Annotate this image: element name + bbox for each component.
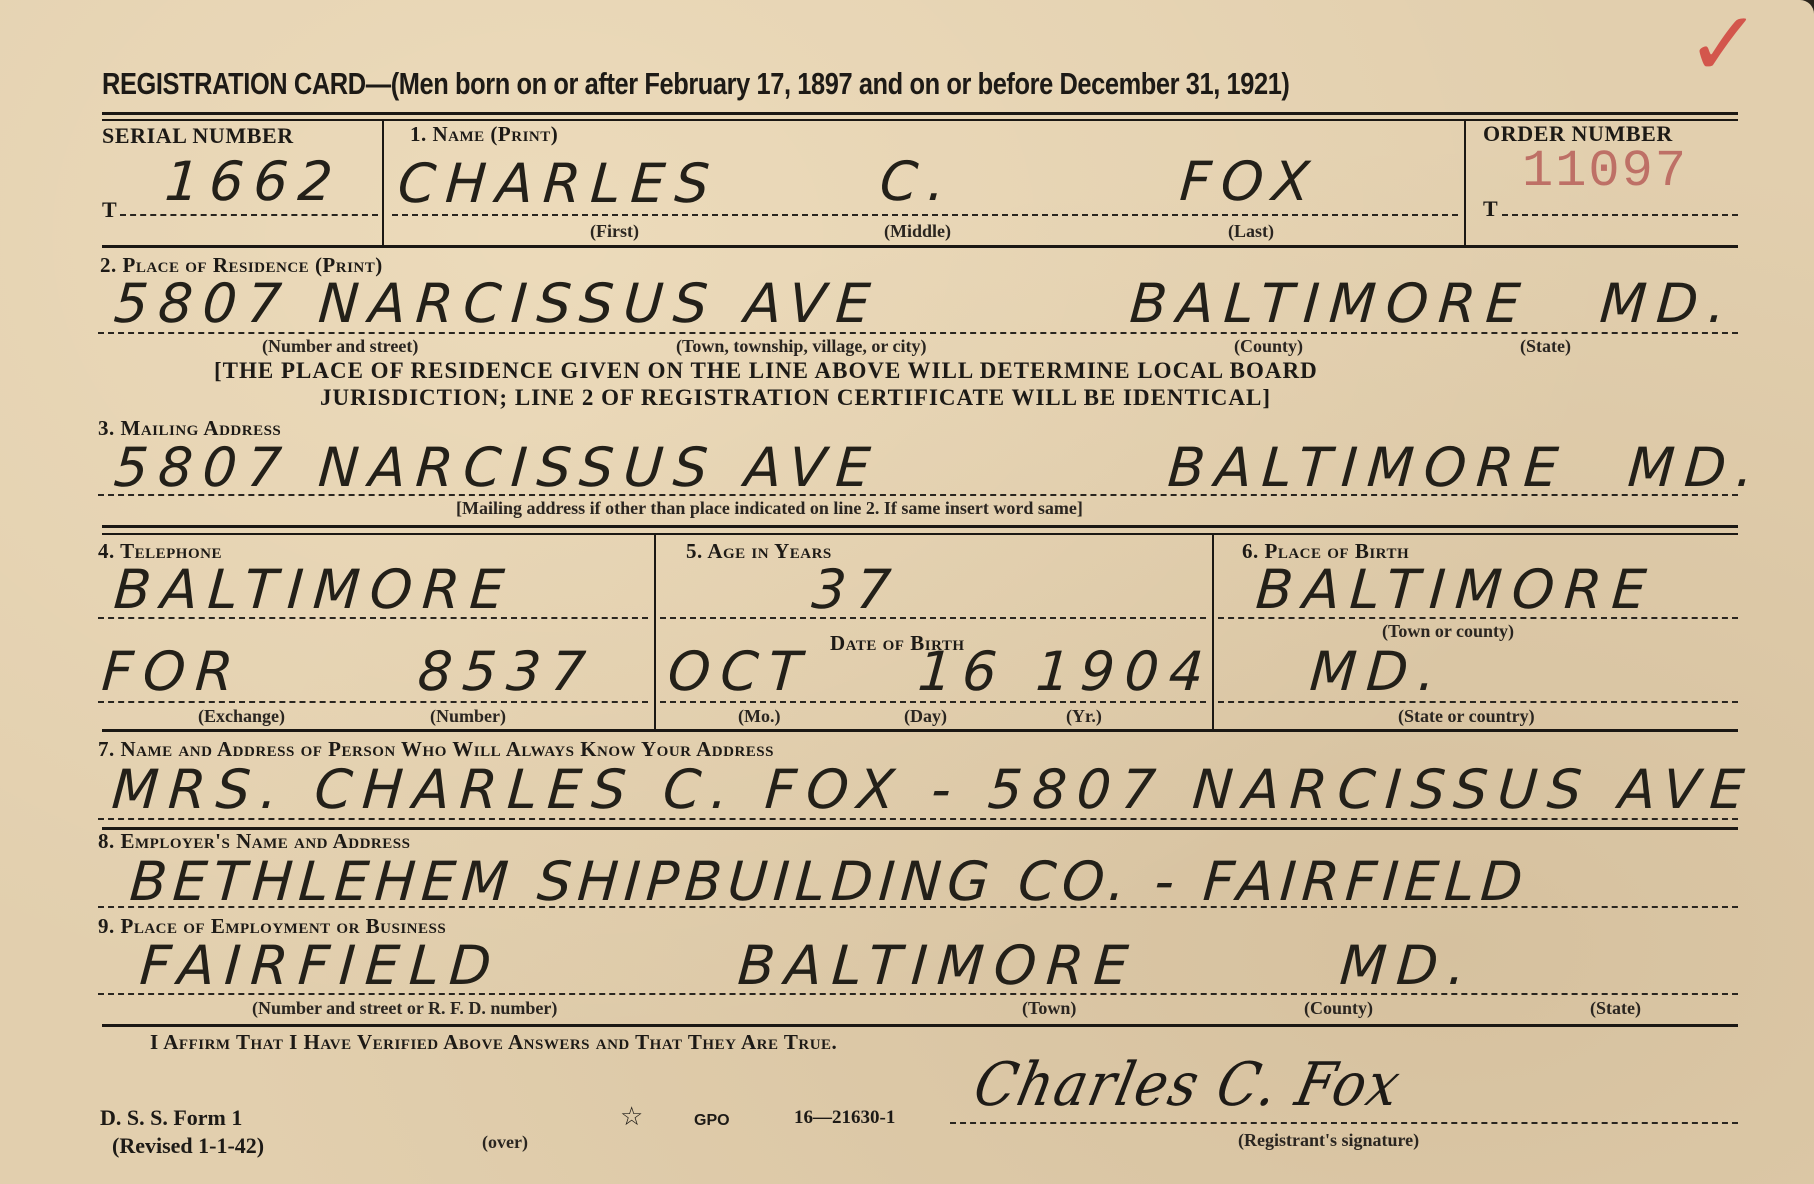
signature-sublabel: (Registrant's signature)	[1238, 1130, 1419, 1151]
field-line	[98, 701, 648, 703]
divider	[102, 729, 1738, 732]
jurisdiction-notice-line2: JURISDICTION; LINE 2 OF REGISTRATION CER…	[320, 385, 1271, 411]
divider	[102, 245, 1738, 248]
over-note: (over)	[482, 1132, 528, 1153]
dob-year-value: 1904	[1034, 640, 1216, 703]
exchange-sublabel: (Exchange)	[198, 706, 285, 727]
employment-street-value: FAIRFIELD	[138, 934, 503, 997]
dob-day-value: 16	[916, 640, 1009, 703]
employer-value: BETHLEHEM SHIPBUILDING CO. - FAIRFIELD	[128, 850, 1531, 913]
divider	[102, 112, 1738, 115]
divider	[382, 121, 384, 245]
mailing-note: [Mailing address if other than place ind…	[456, 498, 1083, 519]
age-label: 5. Age in Years	[686, 539, 832, 564]
telephone-number-value: 8537	[416, 640, 598, 703]
age-value: 37	[810, 558, 903, 621]
registration-card: REGISTRATION CARD—(Men born on or after …	[0, 0, 1814, 1184]
number-sublabel: (Number)	[430, 706, 506, 727]
first-sublabel: (First)	[590, 221, 639, 242]
gpo-number: 16—21630-1	[794, 1107, 895, 1129]
last-name-value: FOX	[1178, 150, 1322, 213]
dob-month-value: OCT	[666, 640, 814, 703]
day-sublabel: (Day)	[904, 706, 947, 727]
star-icon: ☆	[620, 1102, 643, 1132]
residence-town-value: BALTIMORE	[1128, 272, 1532, 335]
birth-state-value: MD.	[1308, 640, 1448, 703]
field-line	[1218, 617, 1738, 619]
registrant-signature: Charles C. Fox	[968, 1050, 1407, 1120]
birth-state-sublabel: (State or country)	[1398, 706, 1535, 727]
town-sublabel: (Town, township, village, or city)	[676, 336, 927, 357]
divider	[102, 533, 1738, 535]
serial-number-label: SERIAL NUMBER	[102, 123, 294, 149]
form-number: D. S. S. Form 1	[100, 1105, 242, 1131]
field-line	[120, 214, 378, 216]
last-sublabel: (Last)	[1228, 221, 1274, 242]
first-name-value: CHARLES	[396, 152, 722, 215]
field-line	[98, 818, 1738, 820]
mailing-street-value: 5807 NARCISSUS AVE	[112, 436, 882, 499]
mailing-town-value: BALTIMORE	[1166, 436, 1570, 499]
divider	[102, 1024, 1738, 1027]
signature-line	[950, 1122, 1738, 1124]
field-line	[98, 617, 648, 619]
employment-county-sublabel: (County)	[1304, 998, 1373, 1019]
jurisdiction-notice-line1: [THE PLACE OF RESIDENCE GIVEN ON THE LIN…	[214, 358, 1318, 384]
order-prefix: T	[1483, 196, 1498, 222]
month-sublabel: (Mo.)	[738, 706, 780, 727]
gpo-label: GPO	[694, 1112, 730, 1130]
divider	[654, 535, 656, 729]
serial-prefix: T	[102, 197, 117, 223]
field-line	[98, 494, 1738, 496]
employment-state-sublabel: (State)	[1590, 998, 1641, 1019]
field-line	[1218, 701, 1738, 703]
contact-person-value: MRS. CHARLES C. FOX - 5807 NARCISSUS AVE	[110, 758, 1756, 821]
divider	[1212, 535, 1214, 729]
field-line	[98, 332, 1738, 334]
red-check-mark-icon: ✓	[1686, 0, 1761, 97]
residence-state-value: MD.	[1598, 272, 1738, 335]
middle-name-value: C.	[878, 150, 957, 213]
mailing-state-value: MD.	[1626, 436, 1766, 499]
birth-town-sublabel: (Town or county)	[1382, 621, 1514, 642]
year-sublabel: (Yr.)	[1066, 706, 1102, 727]
county-sublabel: (County)	[1234, 336, 1303, 357]
serial-number-value: 1662	[163, 150, 345, 213]
card-title: REGISTRATION CARD—(Men born on or after …	[102, 66, 1290, 102]
divider	[102, 525, 1738, 528]
divider	[1464, 121, 1466, 245]
residence-street-value: 5807 NARCISSUS AVE	[112, 272, 882, 335]
employment-state-value: MD.	[1338, 934, 1478, 997]
employment-town-value: BALTIMORE	[736, 934, 1140, 997]
telephone-exchange-value: FOR	[100, 640, 245, 703]
order-number-stamp: 11097	[1522, 142, 1688, 201]
employment-street-sublabel: (Number and street or R. F. D. number)	[252, 998, 557, 1019]
telephone-city-value: BALTIMORE	[112, 558, 516, 621]
field-line	[660, 617, 1206, 619]
employment-town-sublabel: (Town)	[1022, 998, 1076, 1019]
street-sublabel: (Number and street)	[262, 336, 418, 357]
name-label: 1. Name (Print)	[410, 122, 558, 147]
field-line	[98, 993, 1738, 995]
birth-town-value: BALTIMORE	[1254, 558, 1658, 621]
affirmation-text: I Affirm That I Have Verified Above Answ…	[150, 1030, 837, 1055]
form-revised-date: (Revised 1-1-42)	[112, 1133, 264, 1159]
field-line	[1502, 214, 1738, 216]
field-line	[392, 214, 1458, 216]
middle-sublabel: (Middle)	[884, 221, 951, 242]
state-sublabel: (State)	[1520, 336, 1571, 357]
field-line	[660, 701, 1206, 703]
field-line	[98, 906, 1738, 908]
